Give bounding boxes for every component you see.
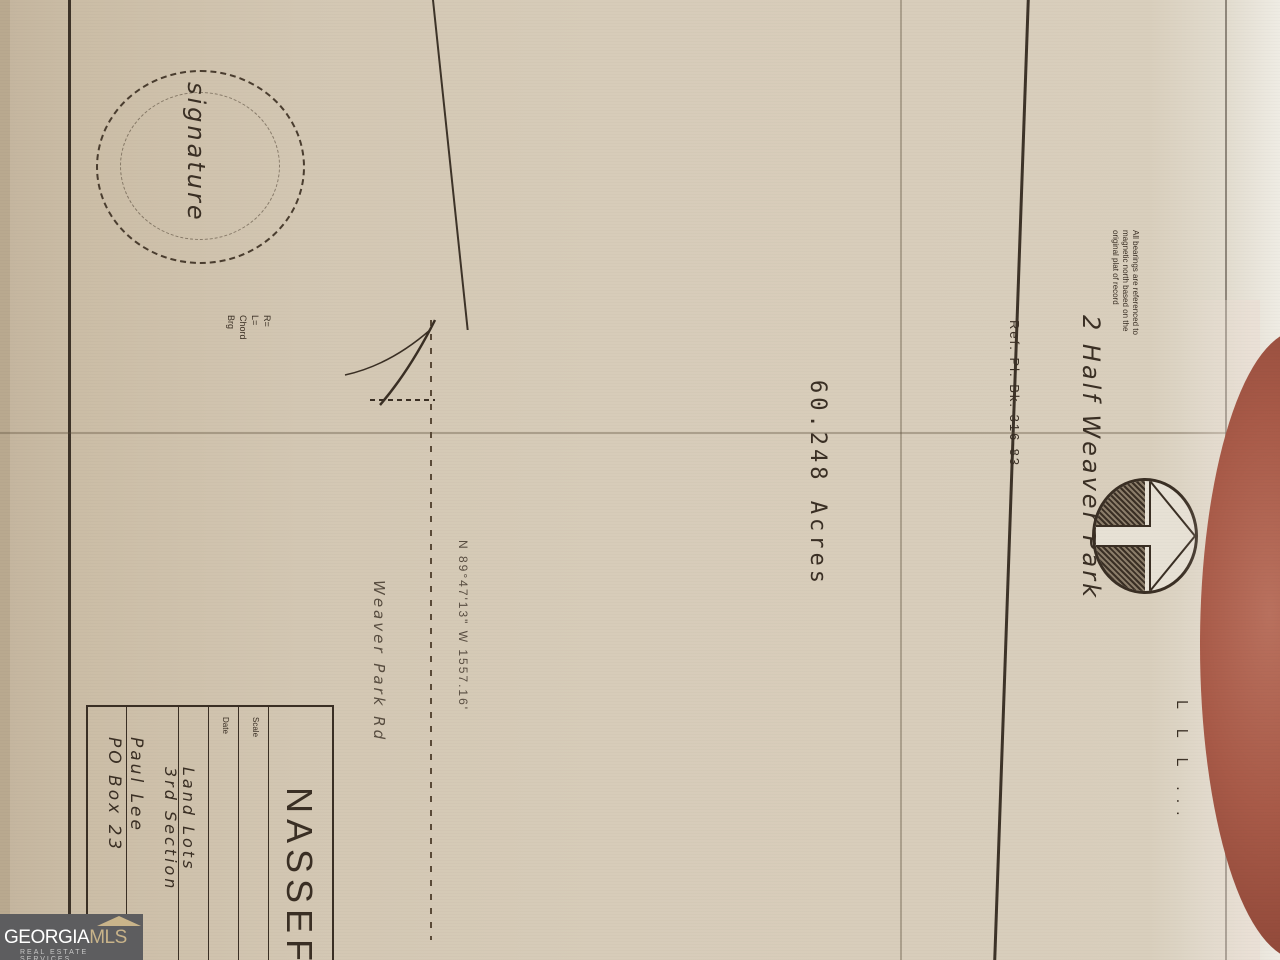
road-label: Weaver Park Rd [370,580,388,742]
curve-line: R= [262,315,272,327]
note-line: original plat of record [1111,230,1120,305]
note-line: magnetic north based on the [1121,230,1130,331]
paper-fold [900,0,902,960]
title-block-line2: 3rd Section [161,767,180,891]
watermark-brand-left: GEORGIA [4,927,89,948]
seal-signature: signature [182,82,210,223]
plat-border-left [68,0,71,960]
title-block-line1: Land Lots [179,767,198,871]
note-line: All bearings are referenced to [1131,230,1140,335]
curve-arc [330,310,450,420]
watermark-brand: GEORGIAMLS [4,927,127,949]
title-block-owner: Paul Lee [126,737,146,833]
paper-edge [0,0,10,960]
title-block-address: PO Box 23 [104,737,124,852]
area-label: 60.248 Acres [805,380,830,587]
title-block-date-label: Date [221,717,230,734]
georgia-mls-watermark: GEORGIAMLS REAL ESTATE SERVICES [0,914,143,960]
watermark-subtitle: REAL ESTATE SERVICES [20,949,143,960]
title-block-title: NASSEF [278,787,320,960]
roof-logo-icon [97,916,141,926]
watermark-brand-right: MLS [89,927,127,948]
surveyor-seal: signature [96,70,305,264]
curve-line: Chord [238,315,248,340]
curve-line: Brg [226,315,236,329]
curve-line: L= [250,315,260,325]
title-block-scale-label: Scale [251,717,260,737]
bearing-call: N 89°47'13" W 1557.16' [456,540,470,711]
reference-note: Ref. Pl. Bk. 316-83 [1007,320,1022,467]
